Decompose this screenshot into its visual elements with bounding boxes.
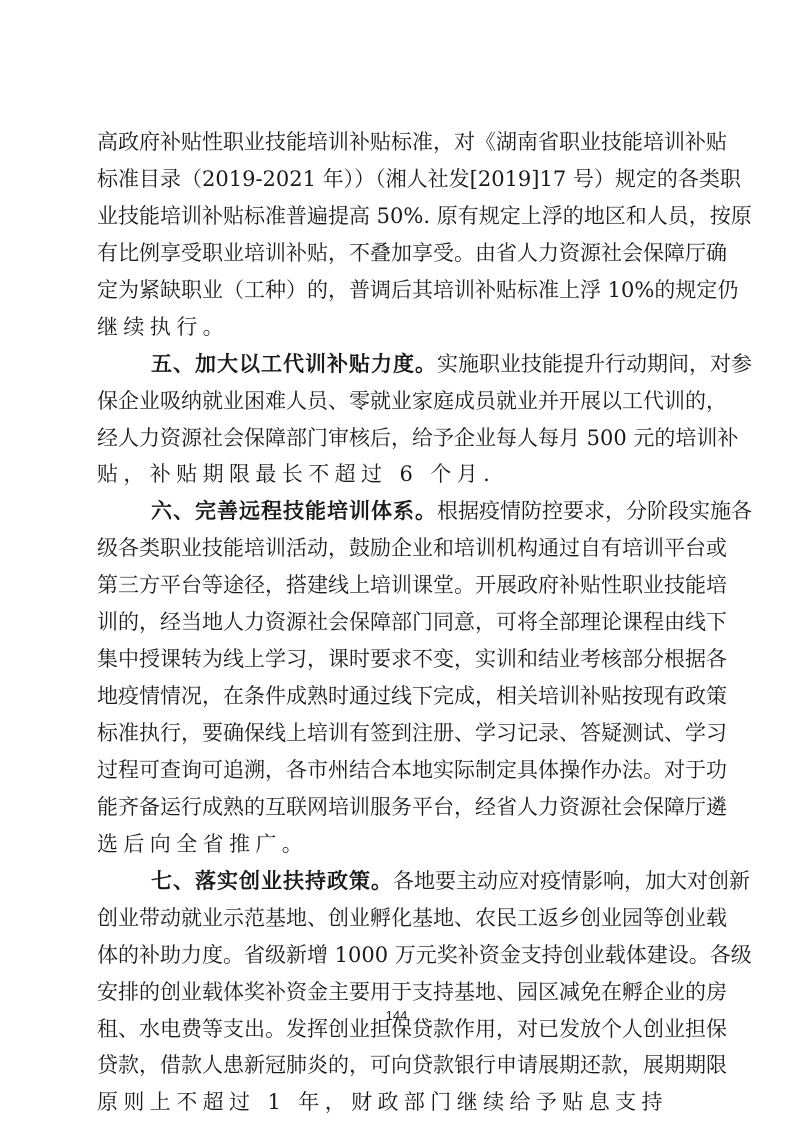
text-line: 定为紧缺职业（工种）的，普调后其培训补贴标准上浮 10%的规定仍 xyxy=(97,272,701,309)
section-heading: 六、完善远程技能培训体系。 xyxy=(151,499,437,523)
text-line: 能齐备运行成熟的互联网培训服务平台，经省人力资源社会保障厅遴 xyxy=(97,789,701,826)
text-line: 体的补助力度。省级新增 1000 万元奖补资金支持创业载体建设。各级 xyxy=(97,937,701,974)
paragraph-section-six: 六、完善远程技能培训体系。根据疫情防控要求，分阶段实施各 级各类职业技能培训活动… xyxy=(97,493,701,862)
document-page: 高政府补贴性职业技能培训补贴标准，对《湖南省职业技能培训补贴 标准目录（2019… xyxy=(97,124,701,1121)
text-run: 实施职业技能提升行动期间，对参 xyxy=(437,352,752,376)
text-line: 集中授课转为线上学习，课时要求不变，实训和结业考核部分根据各 xyxy=(97,641,701,678)
text-line: 业技能培训补贴标准普遍提高 50%. 原有规定上浮的地区和人员，按原 xyxy=(97,198,701,235)
text-line: 高政府补贴性职业技能培训补贴标准，对《湖南省职业技能培训补贴 xyxy=(97,124,701,161)
text-line: 继续执行。 xyxy=(97,309,701,346)
paragraph-section-five: 五、加大以工代训补贴力度。实施职业技能提升行动期间，对参 保企业吸纳就业困难人员… xyxy=(97,346,701,494)
text-line: 标准执行，要确保线上培训有签到注册、学习记录、答疑测试、学习 xyxy=(97,715,701,752)
text-line: 选后向全省推广。 xyxy=(97,826,701,863)
text-line: 贷款，借款人患新冠肺炎的，可向贷款银行申请展期还款，展期期限 xyxy=(97,1047,701,1084)
section-heading: 五、加大以工代训补贴力度。 xyxy=(151,352,437,376)
text-run: 各地要主动应对疫情影响，加大对创新 xyxy=(393,869,750,893)
text-line: 训的，经当地人力资源社会保障部门同意，可将全部理论课程由线下 xyxy=(97,604,701,641)
text-line: 保企业吸纳就业困难人员、零就业家庭成员就业并开展以工代训的， xyxy=(97,383,701,420)
text-line: 原则上不超过 1 年，财政部门继续给予贴息支持 xyxy=(97,1084,701,1121)
paragraph-continuation: 高政府补贴性职业技能培训补贴标准，对《湖南省职业技能培训补贴 标准目录（2019… xyxy=(97,124,701,346)
text-line: 有比例享受职业培训补贴，不叠加享受。由省人力资源社会保障厅确 xyxy=(97,235,701,272)
text-line: 第三方平台等途径，搭建线上培训课堂。开展政府补贴性职业技能培 xyxy=(97,567,701,604)
text-line: 过程可查询可追溯，各市州结合本地实际制定具体操作办法。对于功 xyxy=(97,752,701,789)
paragraph-first-line: 七、落实创业扶持政策。各地要主动应对疫情影响，加大对创新 xyxy=(97,863,701,900)
paragraph-section-seven: 七、落实创业扶持政策。各地要主动应对疫情影响，加大对创新 创业带动就业示范基地、… xyxy=(97,863,701,1122)
text-line: 创业带动就业示范基地、创业孵化基地、农民工返乡创业园等创业载 xyxy=(97,900,701,937)
section-heading: 七、落实创业扶持政策。 xyxy=(151,869,393,893)
text-line: 经人力资源社会保障部门审核后，给予企业每人每月 500 元的培训补 xyxy=(97,420,701,457)
page-number: 144 xyxy=(0,1008,793,1023)
paragraph-first-line: 六、完善远程技能培训体系。根据疫情防控要求，分阶段实施各 xyxy=(97,493,701,530)
text-line: 贴，补贴期限最长不超过 6 个月. xyxy=(97,456,701,493)
text-line: 地疫情情况，在条件成熟时通过线下完成，相关培训补贴按现有政策 xyxy=(97,678,701,715)
text-line: 标准目录（2019-2021 年））（湘人社发[2019]17 号）规定的各类职 xyxy=(97,161,701,198)
text-line: 级各类职业技能培训活动，鼓励企业和培训机构通过自有培训平台或 xyxy=(97,530,701,567)
text-line: 安排的创业载体奖补资金主要用于支持基地、园区减免在孵企业的房 xyxy=(97,974,701,1011)
paragraph-first-line: 五、加大以工代训补贴力度。实施职业技能提升行动期间，对参 xyxy=(97,346,701,383)
text-run: 根据疫情防控要求，分阶段实施各 xyxy=(437,499,752,523)
